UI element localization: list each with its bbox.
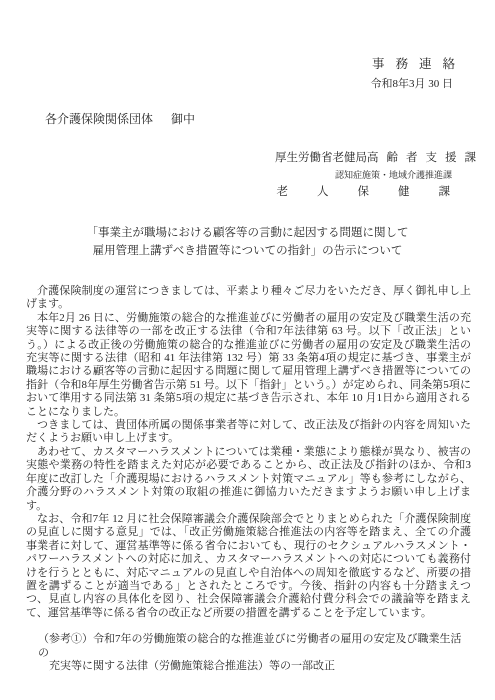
sender-block: 厚生労働省老健局高齢者支援課 認知症施策・地域介護推進課 老人保健課	[0, 150, 495, 201]
body-paragraph: 介護保険制度の運営につきましては、平素より種々ご尽力をいただき、厚く御礼申し上げ…	[26, 285, 471, 312]
body-paragraph: つきましては、貴団体所属の関係事業者等に対して、改正法及び指針の内容を周知いただ…	[26, 419, 471, 446]
recipient-name: 各介護保険関係団体	[45, 112, 153, 126]
sender-division-third-label: 老人保健課	[277, 186, 480, 198]
body-paragraph: 本年2月 26 日に、労働施策の総合的な推進並びに労働者の雇用の安定及び職業生活…	[26, 312, 471, 419]
body-paragraph: なお、令和7年 12 月に社会保障審議会介護保険部会でとりまとめられた「介護保険…	[26, 513, 471, 620]
document-body: 介護保険制度の運営につきましては、平素より種々ご尽力をいただき、厚く御礼申し上げ…	[26, 285, 471, 620]
document-title-line-1: 「事業主が職場における顧客等の言動に起因する問題に関して	[0, 224, 495, 242]
document-header: 事務連絡 令和8年3月 30 日	[0, 0, 495, 91]
sender-division-third: 老人保健課	[0, 184, 495, 201]
reference-line-2: 充実等に関する法律（労働施策総合推進法）等の一部改正	[38, 660, 471, 673]
body-paragraph: あわせて、カスタマーハラスメントについては業種・業態により態様が異なり、被害の実…	[26, 446, 471, 513]
document-title-line-2: 雇用管理上講ずべき措置等についての指針」の告示について	[0, 242, 495, 260]
doc-date: 令和8年3月 30 日	[0, 77, 453, 91]
doc-type-label: 事務連絡	[372, 57, 466, 71]
reference-note: （参考①）令和7年の労働施策の総合的な推進並びに労働者の雇用の安定及び職業生活の…	[38, 633, 471, 673]
recipient-line: 各介護保険関係団体御中	[0, 112, 495, 127]
doc-type: 事務連絡	[0, 57, 455, 72]
sender-division-main: 厚生労働省老健局高齢者支援課	[0, 150, 495, 167]
recipient-honorific: 御中	[171, 112, 195, 126]
sender-bureau: 厚生労働省老健局	[275, 152, 367, 164]
sender-division-sub: 認知症施策・地域介護推進課	[0, 167, 495, 184]
document-title: 「事業主が職場における顧客等の言動に起因する問題に関して 雇用管理上講ずべき措置…	[0, 224, 495, 260]
reference-line-1: （参考①）令和7年の労働施策の総合的な推進並びに労働者の雇用の安定及び職業生活の	[38, 633, 471, 660]
document-page: 事務連絡 令和8年3月 30 日 各介護保険関係団体御中 厚生労働省老健局高齢者…	[0, 0, 495, 700]
sender-division-main-label: 高齢者支援課	[367, 152, 484, 164]
